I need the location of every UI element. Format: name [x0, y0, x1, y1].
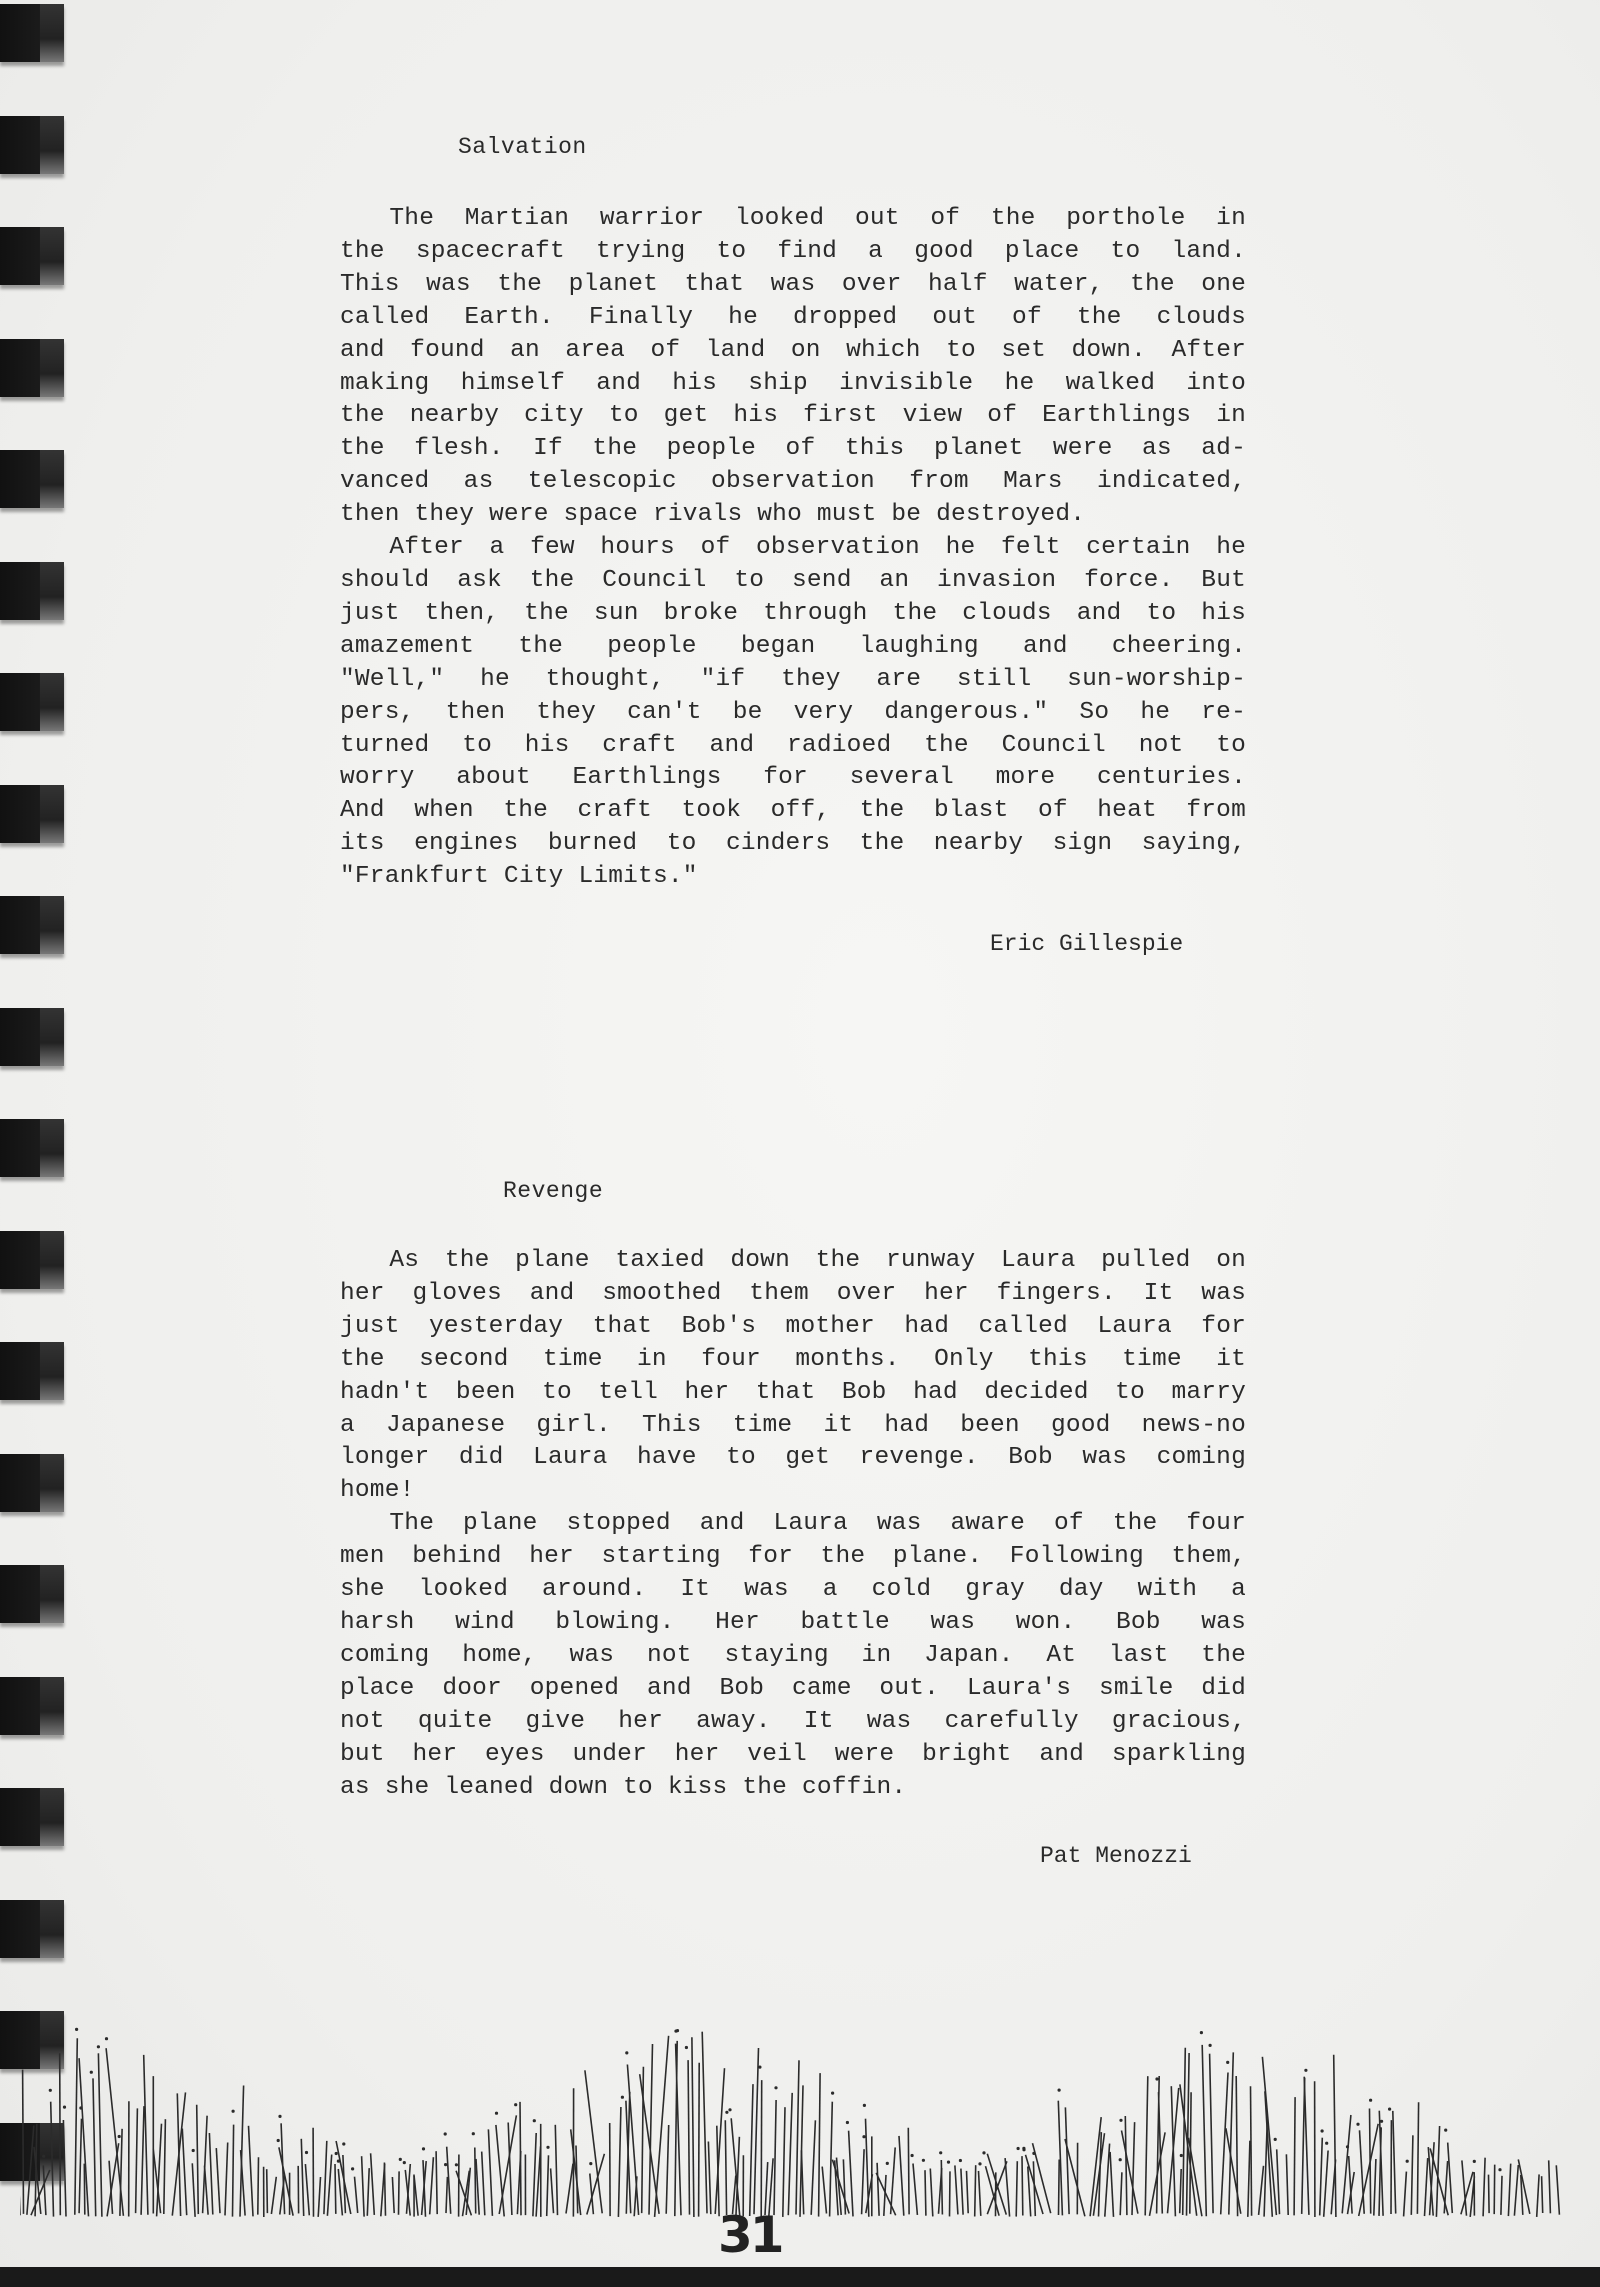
text-line: should ask the Council to send an invasi…: [340, 565, 1246, 598]
paragraph: The Martian warrior looked out of the po…: [340, 203, 1246, 532]
binding-tab: [0, 896, 64, 954]
text-line: hadn't been to tell her that Bob had dec…: [340, 1377, 1246, 1410]
story-body-revenge: As the plane taxied down the runway Laur…: [340, 1245, 1246, 1804]
binding-tab: [0, 1900, 64, 1958]
binding-tab: [0, 227, 64, 285]
text-line: as she leaned down to kiss the coffin.: [340, 1772, 1246, 1805]
text-line: After a few hours of observation he felt…: [340, 532, 1246, 565]
text-line: coming home, was not staying in Japan. A…: [340, 1640, 1246, 1673]
text-line: the nearby city to get his first view of…: [340, 400, 1246, 433]
text-line: then they were space rivals who must be …: [340, 499, 1246, 532]
binding-tab: [0, 116, 64, 174]
text-line: worry about Earthlings for several more …: [340, 762, 1246, 795]
text-line: longer did Laura have to get revenge. Bo…: [340, 1442, 1246, 1475]
text-line: making himself and his ship invisible he…: [340, 368, 1246, 401]
paragraph: As the plane taxied down the runway Laur…: [340, 1245, 1246, 1508]
story-author-salvation: Eric Gillespie: [990, 931, 1183, 957]
text-line: This was the planet that was over half w…: [340, 269, 1246, 302]
story-author-revenge: Pat Menozzi: [1040, 1843, 1192, 1869]
paragraph: The plane stopped and Laura was aware of…: [340, 1508, 1246, 1804]
text-line: and found an area of land on which to se…: [340, 335, 1246, 368]
text-line: the flesh. If the people of this planet …: [340, 433, 1246, 466]
binding-tab: [0, 1231, 64, 1289]
text-line: place door opened and Bob came out. Laur…: [340, 1673, 1246, 1706]
grass-illustration: [20, 2010, 1580, 2225]
story-title-revenge: Revenge: [503, 1178, 603, 1204]
text-line: but her eyes under her veil were bright …: [340, 1739, 1246, 1772]
page-bottom-edge: [0, 2267, 1600, 2287]
text-line: turned to his craft and radioed the Coun…: [340, 730, 1246, 763]
text-line: amazement the people began laughing and …: [340, 631, 1246, 664]
text-line: its engines burned to cinders the nearby…: [340, 828, 1246, 861]
scanned-page: Salvation The Martian warrior looked out…: [0, 0, 1600, 2287]
binding-tab: [0, 4, 64, 62]
text-line: vanced as telescopic observation from Ma…: [340, 466, 1246, 499]
binding-tab: [0, 450, 64, 508]
text-line: pers, then they can't be very dangerous.…: [340, 697, 1246, 730]
story-title-salvation: Salvation: [458, 134, 587, 160]
text-line: The plane stopped and Laura was aware of…: [340, 1508, 1246, 1541]
text-line: "Well," he thought, "if they are still s…: [340, 664, 1246, 697]
binding-tab: [0, 1119, 64, 1177]
text-line: "Frankfurt City Limits.": [340, 861, 1246, 894]
paragraph: After a few hours of observation he felt…: [340, 532, 1246, 894]
binding-tab: [0, 1788, 64, 1846]
text-line: As the plane taxied down the runway Laur…: [340, 1245, 1246, 1278]
text-line: a Japanese girl. This time it had been g…: [340, 1410, 1246, 1443]
binding-tab: [0, 1454, 64, 1512]
text-line: harsh wind blowing. Her battle was won. …: [340, 1607, 1246, 1640]
text-line: home!: [340, 1475, 1246, 1508]
text-line: she looked around. It was a cold gray da…: [340, 1574, 1246, 1607]
text-line: The Martian warrior looked out of the po…: [340, 203, 1246, 236]
page-number: 31: [718, 2206, 782, 2264]
text-line: her gloves and smoothed them over her fi…: [340, 1278, 1246, 1311]
text-line: And when the craft took off, the blast o…: [340, 795, 1246, 828]
binding-tab: [0, 785, 64, 843]
text-line: the second time in four months. Only thi…: [340, 1344, 1246, 1377]
text-line: the spacecraft trying to find a good pla…: [340, 236, 1246, 269]
text-line: not quite give her away. It was carefull…: [340, 1706, 1246, 1739]
binding-tab: [0, 1565, 64, 1623]
comb-binding: [0, 0, 70, 2287]
story-body-salvation: The Martian warrior looked out of the po…: [340, 203, 1246, 894]
text-line: men behind her starting for the plane. F…: [340, 1541, 1246, 1574]
binding-tab: [0, 1008, 64, 1066]
binding-tab: [0, 1342, 64, 1400]
binding-tab: [0, 562, 64, 620]
binding-tab: [0, 673, 64, 731]
binding-tab: [0, 1677, 64, 1735]
text-line: just then, the sun broke through the clo…: [340, 598, 1246, 631]
text-line: called Earth. Finally he dropped out of …: [340, 302, 1246, 335]
binding-tab: [0, 339, 64, 397]
text-line: just yesterday that Bob's mother had cal…: [340, 1311, 1246, 1344]
